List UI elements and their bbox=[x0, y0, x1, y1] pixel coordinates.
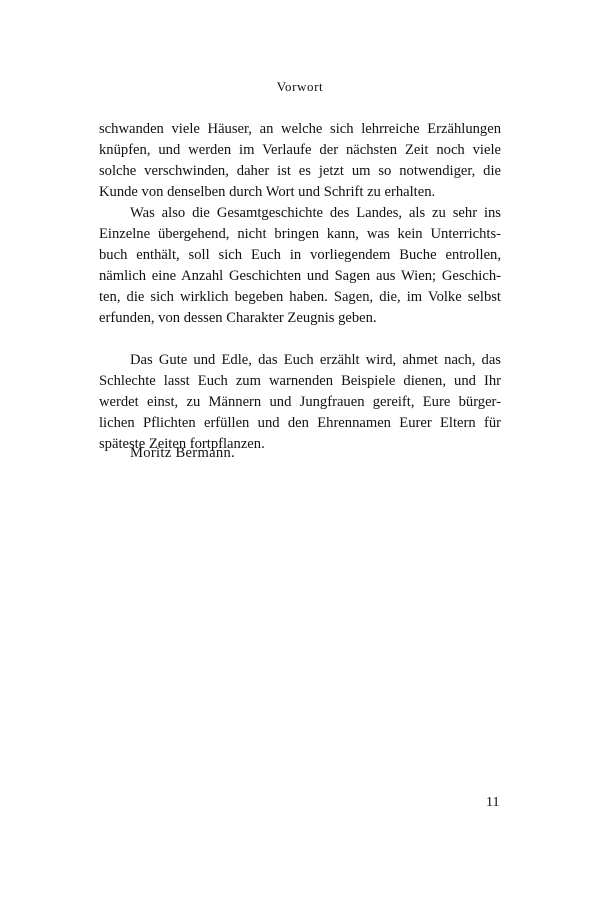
paragraph-gap bbox=[99, 329, 501, 350]
paragraph-1: schwanden viele Häuser, an welche sich l… bbox=[99, 119, 501, 203]
text-line: Kunde von denselben durch Wort und Schri… bbox=[99, 182, 501, 203]
running-head-title: Vorwort bbox=[0, 79, 600, 95]
text-line: schwanden viele Häuser, an welche sich l… bbox=[99, 119, 501, 140]
text-line: knüpfen, und werden im Verlaufe der näch… bbox=[99, 140, 501, 161]
text-line: Das Gute und Edle, das Euch erzählt wird… bbox=[99, 350, 501, 371]
book-page: Vorwort schwanden viele Häuser, an welch… bbox=[0, 0, 600, 900]
text-line: ten, die sich wirklich begeben haben. Sa… bbox=[99, 287, 501, 308]
text-line: solche verschwinden, daher ist es jetzt … bbox=[99, 161, 501, 182]
page-number: 11 bbox=[486, 795, 499, 811]
body-text: schwanden viele Häuser, an welche sich l… bbox=[99, 119, 501, 455]
text-line: werdet einst, zu Männern und Jungfrauen … bbox=[99, 392, 501, 413]
paragraph-2: Was also die Gesamtgeschichte des Landes… bbox=[99, 203, 501, 329]
text-line: lichen Pflichten erfüllen und den Ehrenn… bbox=[99, 413, 501, 434]
text-line: buch enthält, soll sich Euch in vorliege… bbox=[99, 245, 501, 266]
text-line: erfunden, von dessen Charakter Zeugnis g… bbox=[99, 308, 501, 329]
text-line: nämlich eine Anzahl Geschichten und Sage… bbox=[99, 266, 501, 287]
text-line: Schlechte lasst Euch zum warnenden Beisp… bbox=[99, 371, 501, 392]
paragraph-3: Das Gute und Edle, das Euch erzählt wird… bbox=[99, 350, 501, 455]
text-line: Einzelne übergehend, nicht bringen kann,… bbox=[99, 224, 501, 245]
author-signature: Moritz Bermann. bbox=[130, 443, 235, 464]
text-line: Was also die Gesamtgeschichte des Landes… bbox=[99, 203, 501, 224]
